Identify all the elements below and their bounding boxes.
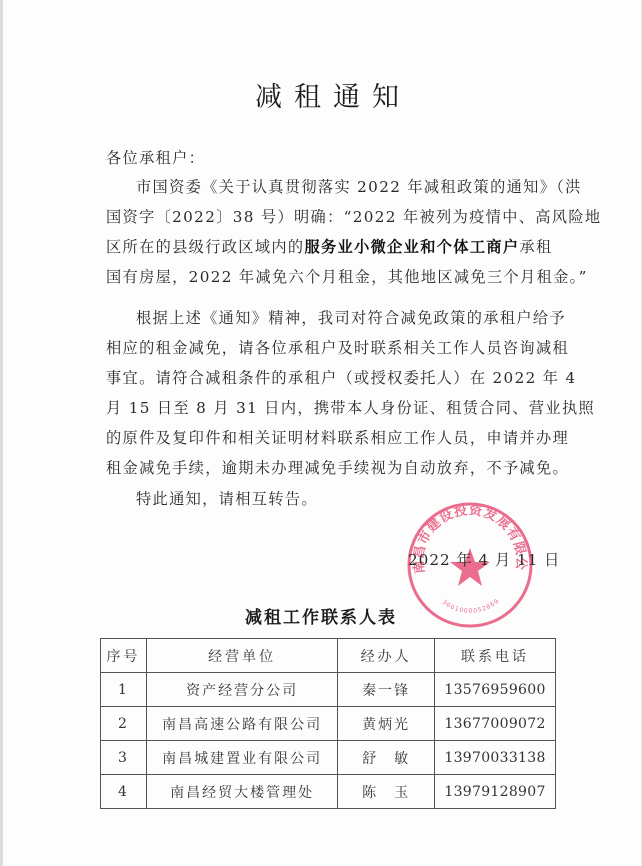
table-row: 3 南昌城建置业有限公司 舒 敏 13970033138 bbox=[101, 741, 556, 775]
row-unit: 南昌经贸大楼管理处 bbox=[146, 775, 337, 809]
document-date: 2022 年 4 月 11 日 bbox=[408, 549, 560, 571]
salutation: 各位承租户： bbox=[106, 147, 556, 169]
header-no: 序号 bbox=[101, 639, 147, 673]
table-row: 1 资产经营分公司 秦一锋 13576959600 bbox=[101, 673, 556, 707]
row-phone: 13970033138 bbox=[435, 741, 556, 775]
paragraph-1-line-4: 国有房屋，2022 年减免六个月租金，其他地区减免三个月租金。” bbox=[106, 266, 556, 288]
row-phone: 13576959600 bbox=[435, 673, 556, 707]
paragraph-1-line-3: 区所在的县级行政区域内的服务业小微企业和个体工商户承租 bbox=[106, 236, 556, 258]
paragraph-1-line-1: 市国资委《关于认真贯彻落实 2022 年减租政策的通知》（洪 bbox=[136, 176, 586, 198]
row-handler: 秦一锋 bbox=[338, 673, 435, 707]
contact-table-title: 减租工作联系人表 bbox=[0, 606, 642, 630]
paragraph-2-line-6: 租金减免手续，逾期未办理减免手续视为自动放弃，不予减免。 bbox=[106, 457, 556, 479]
document-page: 减租通知 各位承租户： 市国资委《关于认真贯彻落实 2022 年减租政策的通知》… bbox=[0, 0, 642, 866]
paragraph-2-line-4: 月 15 日至 8 月 31 日内，携带本人身份证、租赁合同、营业执照 bbox=[106, 397, 556, 419]
row-unit: 南昌城建置业有限公司 bbox=[146, 741, 337, 775]
table-header-row: 序号 经营单位 经办人 联系电话 bbox=[101, 639, 556, 673]
contact-table: 序号 经营单位 经办人 联系电话 1 资产经营分公司 秦一锋 135769596… bbox=[100, 638, 556, 809]
header-phone: 联系电话 bbox=[435, 639, 556, 673]
row-handler: 舒 敏 bbox=[338, 741, 435, 775]
row-phone: 13979128907 bbox=[435, 775, 556, 809]
paragraph-1-line-2: 国资字〔2022〕38 号）明确：“2022 年被列为疫情中、高风险地 bbox=[106, 206, 556, 228]
row-unit: 南昌高速公路有限公司 bbox=[146, 707, 337, 741]
paragraph-2-line-1: 根据上述《通知》精神，我司对符合减免政策的承租户给予 bbox=[136, 307, 586, 329]
table-row: 4 南昌经贸大楼管理处 陈 玉 13979128907 bbox=[101, 775, 556, 809]
paragraph-2-line-3: 事宜。请符合减租条件的承租户（或授权委托人）在 2022 年 4 bbox=[106, 367, 556, 389]
row-no: 1 bbox=[101, 673, 147, 707]
paragraph-1-line-3-post: 承租 bbox=[519, 238, 552, 256]
highlighted-target-group: 服务业小微企业和个体工商户 bbox=[304, 238, 519, 256]
header-unit: 经营单位 bbox=[146, 639, 337, 673]
header-handler: 经办人 bbox=[338, 639, 435, 673]
document-title: 减租通知 bbox=[0, 80, 642, 116]
row-unit: 资产经营分公司 bbox=[146, 673, 337, 707]
row-handler: 陈 玉 bbox=[338, 775, 435, 809]
row-no: 2 bbox=[101, 707, 147, 741]
paragraph-2-line-5: 的原件及复印件和相关证明材料联系相应工作人员，申请并办理 bbox=[106, 427, 556, 449]
paragraph-1-line-3-pre: 区所在的县级行政区域内的 bbox=[106, 238, 304, 256]
row-no: 4 bbox=[101, 775, 147, 809]
row-handler: 黄炳光 bbox=[338, 707, 435, 741]
paragraph-2-line-2: 相应的租金减免，请各位承租户及时联系相关工作人员咨询减租 bbox=[106, 337, 556, 359]
table-row: 2 南昌高速公路有限公司 黄炳光 13677009072 bbox=[101, 707, 556, 741]
row-no: 3 bbox=[101, 741, 147, 775]
row-phone: 13677009072 bbox=[435, 707, 556, 741]
